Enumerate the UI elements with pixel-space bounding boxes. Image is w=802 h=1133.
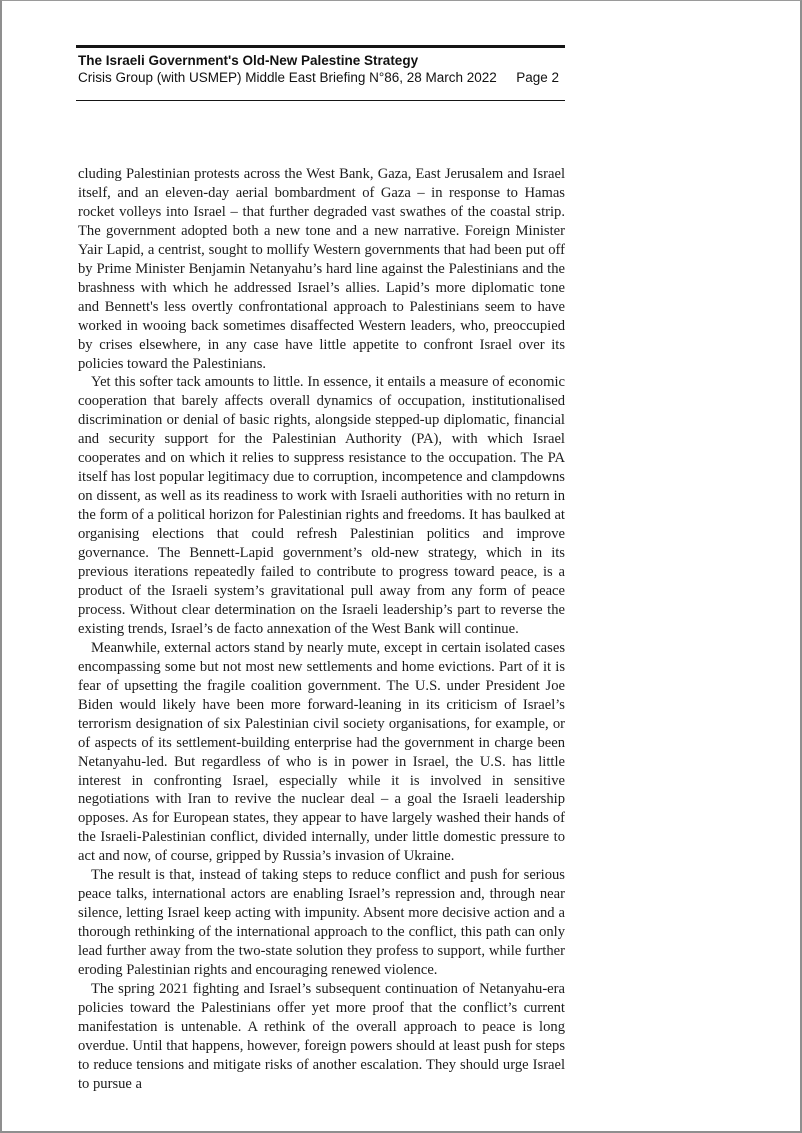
paragraph-continuation: cluding Palestinian protests across the … [78,165,565,373]
document-subtitle: Crisis Group (with USMEP) Middle East Br… [78,70,497,85]
paragraph: The result is that, instead of taking st… [78,866,565,980]
paragraph: The spring 2021 fighting and Israel’s su… [78,980,565,1094]
body-text: cluding Palestinian protests across the … [78,165,565,1094]
paragraph: Meanwhile, external actors stand by near… [78,639,565,866]
document-title: The Israeli Government's Old-New Palesti… [78,53,565,68]
paragraph: Yet this softer tack amounts to little. … [78,373,565,638]
page-number: Page 2 [516,70,559,85]
header-subtitle-row: Crisis Group (with USMEP) Middle East Br… [78,70,559,85]
header-top-rule [76,45,565,48]
document-page: The Israeli Government's Old-New Palesti… [0,0,802,1133]
header-bottom-rule [76,100,565,101]
